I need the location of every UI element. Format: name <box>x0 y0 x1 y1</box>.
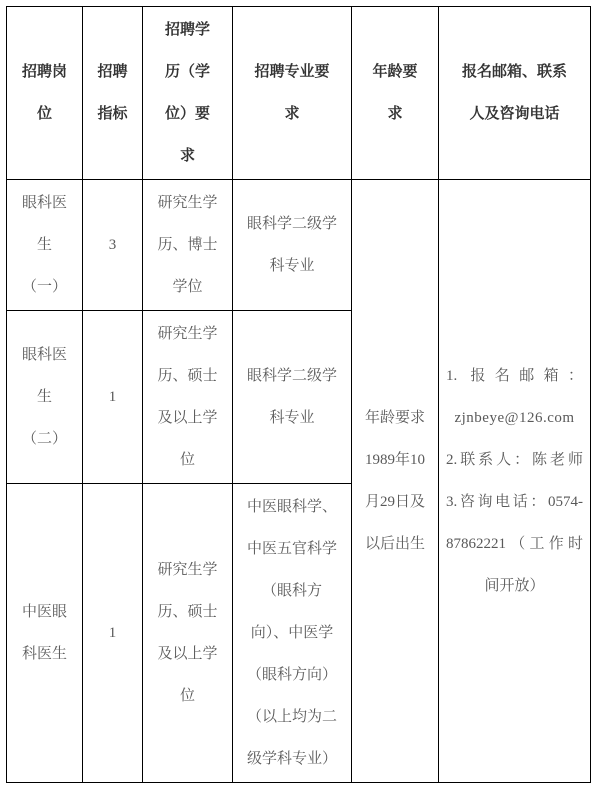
text-line: 研究生学 <box>150 182 225 224</box>
text-line: 人及咨询电话 <box>446 93 583 135</box>
text-line: 中医五官科学 <box>240 528 344 570</box>
text-line: 及以上学 <box>150 633 225 675</box>
text-line: 中医眼 <box>14 591 75 633</box>
contact-email-text: zjnbeye@126.com <box>446 397 583 439</box>
text-line: （眼科方向） <box>240 654 344 696</box>
text-line: 位 <box>150 439 225 481</box>
text-line: 求 <box>240 93 344 135</box>
text-line: （以上均为二 <box>240 696 344 738</box>
cell-quota: 1 <box>83 484 143 783</box>
text-line: （二） <box>14 418 75 460</box>
text-line: 科专业 <box>240 245 344 287</box>
text-line: 月29日及 <box>359 481 431 523</box>
text-line: 眼科医 <box>14 334 75 376</box>
text-line: 招聘 <box>90 51 135 93</box>
contact-line-phone-2: 87862221（工作时 <box>446 523 583 565</box>
text-line: 科医生 <box>14 633 75 675</box>
recruitment-table: 招聘岗位 招聘指标 招聘学历（学位）要求 招聘专业要求 年龄要求 报名邮箱、联系… <box>6 6 591 783</box>
cell-education: 研究生学历、硕士及以上学位 <box>143 311 233 484</box>
contact-line-phone-3: 间开放） <box>446 565 583 607</box>
text-line: 眼科医 <box>14 182 75 224</box>
cell-position: 眼科医生（二） <box>7 311 83 484</box>
text-line: 位 <box>14 93 75 135</box>
header-cell-major: 招聘专业要求 <box>233 7 352 180</box>
text-line: 历、硕士 <box>150 591 225 633</box>
contact-line-email-label: 1. 报名邮箱： <box>446 355 583 397</box>
cell-major: 眼科学二级学科专业 <box>233 180 352 311</box>
table-header-row: 招聘岗位 招聘指标 招聘学历（学位）要求 招聘专业要求 年龄要求 报名邮箱、联系… <box>7 7 591 180</box>
text-line: 科专业 <box>240 397 344 439</box>
text-line: 研究生学 <box>150 549 225 591</box>
text-line: 报名邮箱、联系 <box>446 51 583 93</box>
contact-line-person: 2.联系人：陈老师 <box>446 439 583 481</box>
text-line: 中医眼科学、 <box>240 486 344 528</box>
cell-quota: 1 <box>83 311 143 484</box>
text-line: 向）、中医学 <box>240 612 344 654</box>
header-cell-education: 招聘学历（学位）要求 <box>143 7 233 180</box>
cell-position: 中医眼科医生 <box>7 484 83 783</box>
text-line: 位 <box>150 675 225 717</box>
table-row-eye-doctor-1: 眼科医生（一） 3 研究生学历、博士学位 眼科学二级学科专业 年龄要求1989年… <box>7 180 591 311</box>
cell-contact-info: 1. 报名邮箱： zjnbeye@126.com 2.联系人：陈老师 3.咨询电… <box>439 180 591 783</box>
header-cell-quota: 招聘指标 <box>83 7 143 180</box>
cell-education: 研究生学历、博士学位 <box>143 180 233 311</box>
cell-position: 眼科医生（一） <box>7 180 83 311</box>
contact-line-phone-1: 3.咨询电话：0574- <box>446 481 583 523</box>
text-line: 指标 <box>90 93 135 135</box>
cell-education: 研究生学历、硕士及以上学位 <box>143 484 233 783</box>
cell-major: 眼科学二级学科专业 <box>233 311 352 484</box>
text-line: 位）要 <box>150 93 225 135</box>
text-line: 历（学 <box>150 51 225 93</box>
text-line: 学位 <box>150 266 225 308</box>
text-line: 研究生学 <box>150 313 225 355</box>
text-line: 眼科学二级学 <box>240 355 344 397</box>
text-line: 眼科学二级学 <box>240 203 344 245</box>
header-cell-contact: 报名邮箱、联系人及咨询电话 <box>439 7 591 180</box>
text-line: 年龄要求 <box>359 397 431 439</box>
text-line: 历、硕士 <box>150 355 225 397</box>
text-line: 生 <box>14 224 75 266</box>
header-cell-position: 招聘岗位 <box>7 7 83 180</box>
text-line: 1989年10 <box>359 439 431 481</box>
text-line: 以后出生 <box>359 523 431 565</box>
text-line: 求 <box>150 135 225 177</box>
text-line: 及以上学 <box>150 397 225 439</box>
text-line: 生 <box>14 376 75 418</box>
cell-age-requirement: 年龄要求1989年10月29日及以后出生 <box>352 180 439 783</box>
text-line: 历、博士 <box>150 224 225 266</box>
text-line: 求 <box>359 93 431 135</box>
recruitment-notice-page: 招聘岗位 招聘指标 招聘学历（学位）要求 招聘专业要求 年龄要求 报名邮箱、联系… <box>0 0 597 786</box>
text-line: 招聘岗 <box>14 51 75 93</box>
text-line: 招聘专业要 <box>240 51 344 93</box>
text-line: 级学科专业） <box>240 738 344 780</box>
cell-major: 中医眼科学、中医五官科学（眼科方向）、中医学（眼科方向）（以上均为二级学科专业） <box>233 484 352 783</box>
text-line: 招聘学 <box>150 9 225 51</box>
text-line: （眼科方 <box>240 570 344 612</box>
cell-quota: 3 <box>83 180 143 311</box>
header-cell-age: 年龄要求 <box>352 7 439 180</box>
text-line: （一） <box>14 266 75 308</box>
text-line: 年龄要 <box>359 51 431 93</box>
